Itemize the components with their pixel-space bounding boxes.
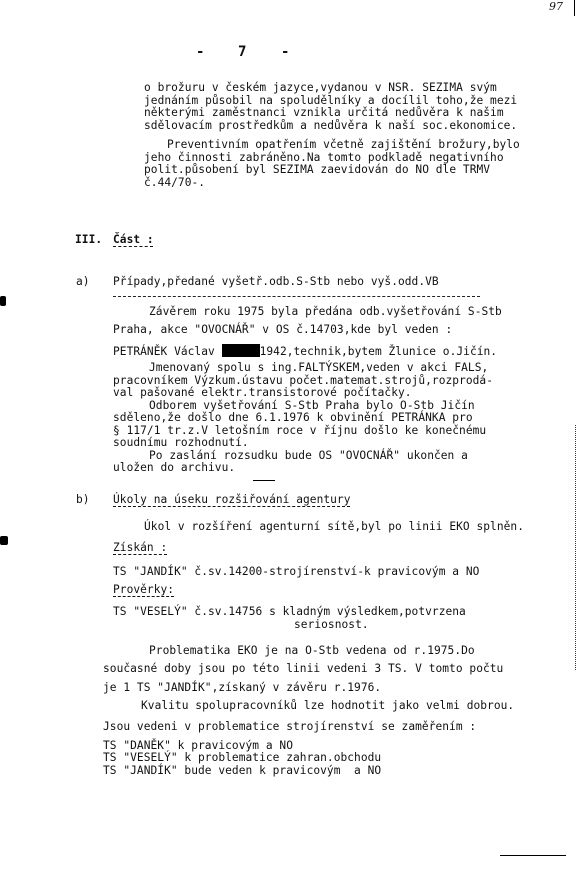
subsection-a-p2-line: val pašované elektr.transistorové počíta… [113,387,412,399]
subsection-b-intro: Úkol v rozšíření agenturní sítě,byl po l… [144,521,524,533]
checks-label: Prověrky: [113,584,174,596]
page-number-dash-right: - [281,44,289,60]
intro-p1-line: některými zaměstnanci vznikla určitá ned… [144,107,504,119]
punch-hole-mark [0,296,6,306]
subsection-b-marker: b) [76,494,90,506]
person-name: PETRÁNĚK Václav [113,345,215,358]
bottom-rule [500,855,566,856]
intro-p2-line: č.44/70-. [144,177,205,189]
subsection-a-heading: Případy,předané vyšetř.odb.S-Stb nebo vy… [113,276,439,288]
margin-line [574,0,575,16]
subsection-b-paragraph-line: Problematika EKO je na O-Stb vedena od r… [149,645,475,657]
page-number-dash-left: - [196,44,204,60]
subsection-a-p2-line: soudnímu rozhodnutí. [113,437,249,449]
subsection-a-p2-line: sděleno,že došlo dne 6.1.1976 k obvinění… [113,412,473,424]
subsection-a-line: Praha, akce "OVOCNÁŘ" v OS č.14703,kde b… [113,324,452,336]
intro-p2-line: polit.působení byl SEZIMA zaevidován do … [144,164,490,176]
section-number: III. [75,234,102,246]
checks-item: TS "VESELÝ" č.sv.14756 s kladným výsledk… [113,606,466,618]
person-details: 1942,technik,bytem Žlunice o.Jičín. [260,345,498,358]
agent-line: TS "JANDÍK" bude veden k pravicovým a NO [103,765,381,777]
intro-p1-line: sdělovacím prostředkům a nedůvěra k naší… [144,120,517,132]
subsection-b-heading: Úkoly na úseku rozšiřování agentury [113,494,351,506]
person-line: PETRÁNĚK Václav 1942,technik,bytem Žluni… [113,344,497,358]
heading-underline [113,296,480,297]
subsection-a-p2-line: Jmenovaný spolu s ing.FALTÝSKEM,veden v … [149,362,488,374]
subsection-b-paragraph-line: Kvalitu spolupracovníků lze hodnotit jak… [141,700,514,712]
subsection-b-paragraph-line: současné doby jsou po této linii vedeni … [103,663,503,675]
intro-p1-line: o brožuru v českém jazyce,vydanou v NSR.… [144,82,497,94]
subsection-a-line: Závěrem roku 1975 byla předána odb.vyšet… [149,306,502,318]
margin-line [575,425,576,670]
separator-mark [253,480,275,481]
punch-hole-mark [0,536,8,545]
acquired-label: Získán : [113,542,167,554]
checks-item-cont: seriosnost. [294,619,369,631]
archive-page-number: 97 [549,0,563,13]
section-title: Část : [113,234,154,246]
agent-line: TS "VESELÝ" k problematice zahran.obchod… [103,752,381,764]
page-number: 7 [238,44,246,60]
subsection-a-p2-line: uložen do archivu. [113,462,235,474]
subsection-b-paragraph-line: je 1 TS "JANDÍK",získaný v závěru r.1976… [103,682,381,694]
subsection-b-paragraph-line: Jsou vedeni v problematice strojírenství… [103,721,476,733]
intro-p2-line: Preventivním opatřením včetně zajištění … [167,139,520,151]
acquired-item: TS "JANDÍK" č.sv.14200-strojírenství-k p… [113,566,479,578]
subsection-a-marker: a) [76,276,90,288]
redaction-box [222,344,260,357]
